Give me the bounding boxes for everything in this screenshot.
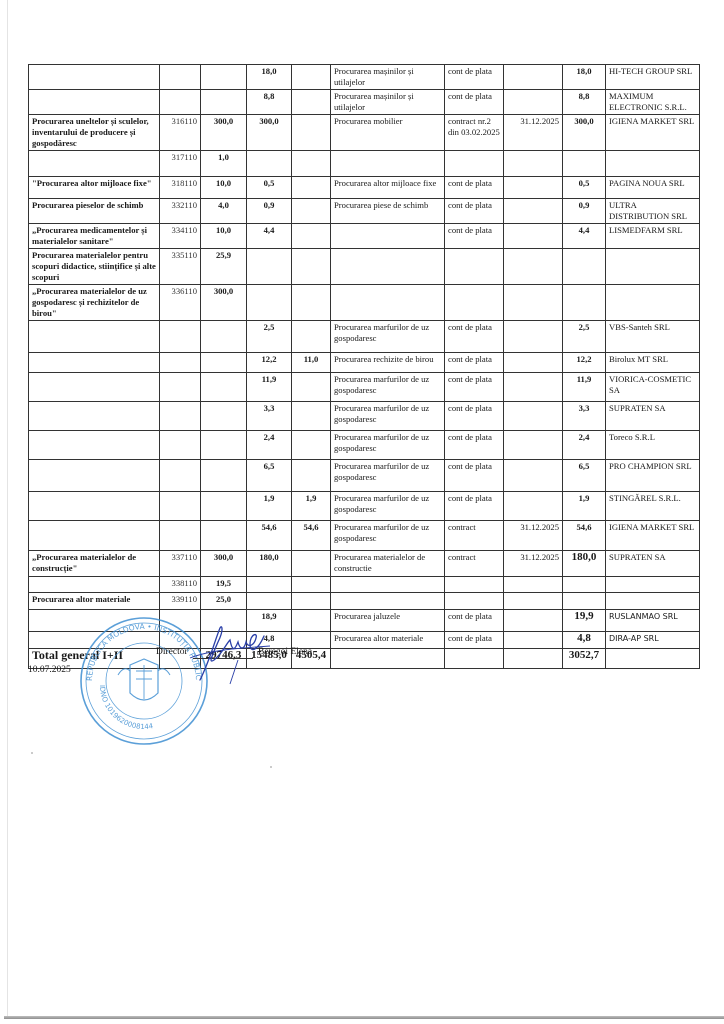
cell-term <box>504 632 563 649</box>
cell-cm <box>247 593 292 610</box>
cell-exec <box>292 151 331 177</box>
cell-doc <box>445 285 504 321</box>
total-empty <box>504 649 563 669</box>
cell-supplier: HI-TECH GROUP SRL <box>606 65 700 90</box>
cell-name <box>29 492 160 521</box>
cell-term <box>504 65 563 90</box>
cell-supplier: VBS-Santeh SRL <box>606 321 700 353</box>
table-row: 18,0Procurarea mașinilor și utilajelorco… <box>29 65 700 90</box>
cell-cm: 18,0 <box>247 65 292 90</box>
cell-exec <box>292 249 331 285</box>
cell-code: 317110 <box>160 151 201 177</box>
table-row: 1,91,9Procurarea marfurilor de uz gospod… <box>29 492 700 521</box>
cell-sum: 6,5 <box>563 460 606 492</box>
cell-plan <box>201 492 247 521</box>
table-row: "Procurarea altor mijloace fixe"31811010… <box>29 177 700 199</box>
cell-term: 31.12.2025 <box>504 521 563 551</box>
cell-term <box>504 610 563 632</box>
table-row: 33811019,5 <box>29 577 700 593</box>
cell-term <box>504 90 563 115</box>
cell-supplier: IGIENA MARKET SRL <box>606 521 700 551</box>
table-row: Procurarea pieselor de schimb3321104,00,… <box>29 199 700 224</box>
cell-exec <box>292 199 331 224</box>
cell-plan <box>201 521 247 551</box>
cell-term <box>504 321 563 353</box>
cell-code: 337110 <box>160 551 201 577</box>
cell-sum: 180,0 <box>563 551 606 577</box>
cell-code: 338110 <box>160 577 201 593</box>
cell-term <box>504 224 563 249</box>
cell-supplier: PRO CHAMPION SRL <box>606 460 700 492</box>
report-date: 10.07.2025 <box>28 665 71 675</box>
cell-sum: 54,6 <box>563 521 606 551</box>
cell-object <box>331 577 445 593</box>
table-row: Procurarea materialelor pentru scopuri d… <box>29 249 700 285</box>
page-edge <box>7 0 8 1018</box>
cell-sum <box>563 577 606 593</box>
cell-supplier: VIORICA-COSMETIC SA <box>606 373 700 402</box>
cell-supplier: DIRA-AP SRL <box>606 632 700 649</box>
cell-cm: 0,5 <box>247 177 292 199</box>
cell-code: 316110 <box>160 115 201 151</box>
cell-name <box>29 90 160 115</box>
cell-object: Procurarea marfurilor de uz gospodaresc <box>331 402 445 431</box>
cell-object: Procurarea marfurilor de uz gospodaresc <box>331 492 445 521</box>
cell-cm: 11,9 <box>247 373 292 402</box>
cell-doc <box>445 151 504 177</box>
cell-term <box>504 402 563 431</box>
cell-exec <box>292 177 331 199</box>
cell-name <box>29 521 160 551</box>
cell-cm: 4,4 <box>247 224 292 249</box>
cell-object <box>331 285 445 321</box>
cell-plan <box>201 460 247 492</box>
cell-plan <box>201 90 247 115</box>
cell-sum: 11,9 <box>563 373 606 402</box>
cell-doc: cont de plata <box>445 321 504 353</box>
cell-supplier <box>606 577 700 593</box>
cell-cm: 6,5 <box>247 460 292 492</box>
cell-doc: cont de plata <box>445 492 504 521</box>
cell-exec <box>292 577 331 593</box>
cell-supplier: LISMEDFARM SRL <box>606 224 700 249</box>
cell-doc: cont de plata <box>445 373 504 402</box>
cell-sum: 4,8 <box>563 632 606 649</box>
cell-plan: 25,9 <box>201 249 247 285</box>
cell-supplier: SUPRATEN SA <box>606 402 700 431</box>
cell-doc <box>445 593 504 610</box>
handwritten-signature <box>180 620 280 690</box>
cell-exec <box>292 460 331 492</box>
cell-code: 335110 <box>160 249 201 285</box>
cell-plan: 300,0 <box>201 551 247 577</box>
table-row: 2,5Procurarea marfurilor de uz gospodare… <box>29 321 700 353</box>
cell-code <box>160 90 201 115</box>
cell-cm: 54,6 <box>247 521 292 551</box>
cell-cm: 8,8 <box>247 90 292 115</box>
table-row: 12,211,0Procurarea rechizite de biroucon… <box>29 353 700 373</box>
cell-plan: 10,0 <box>201 224 247 249</box>
cell-object: Procurarea mașinilor și utilajelor <box>331 90 445 115</box>
cell-exec: 54,6 <box>292 521 331 551</box>
cell-sum: 300,0 <box>563 115 606 151</box>
cell-doc <box>445 577 504 593</box>
cell-cm: 180,0 <box>247 551 292 577</box>
cell-name: „Procurarea materialelor de construcție" <box>29 551 160 577</box>
cell-doc: cont de plata <box>445 90 504 115</box>
cell-name <box>29 460 160 492</box>
cell-code: 318110 <box>160 177 201 199</box>
cell-supplier: Birolux MT SRL <box>606 353 700 373</box>
cell-object <box>331 593 445 610</box>
cell-sum: 2,4 <box>563 431 606 460</box>
cell-object: Procurarea marfurilor de uz gospodaresc <box>331 321 445 353</box>
cell-supplier <box>606 249 700 285</box>
cell-term <box>504 249 563 285</box>
cell-sum: 12,2 <box>563 353 606 373</box>
cell-plan <box>201 431 247 460</box>
cell-object <box>331 151 445 177</box>
cell-doc: cont de plata <box>445 65 504 90</box>
cell-cm: 0,9 <box>247 199 292 224</box>
cell-term <box>504 177 563 199</box>
cell-sum: 18,0 <box>563 65 606 90</box>
cell-doc: cont de plata <box>445 460 504 492</box>
cell-supplier: PAGINA NOUA SRL <box>606 177 700 199</box>
cell-supplier: Toreco S.R.L <box>606 431 700 460</box>
table-row: 6,5Procurarea marfurilor de uz gospodare… <box>29 460 700 492</box>
cell-term <box>504 151 563 177</box>
table-row: 3,3Procurarea marfurilor de uz gospodare… <box>29 402 700 431</box>
cell-name <box>29 151 160 177</box>
cell-name: Procurarea altor materiale <box>29 593 160 610</box>
cell-term <box>504 492 563 521</box>
cell-plan: 300,0 <box>201 285 247 321</box>
page-bottom-edge <box>4 1016 724 1019</box>
cell-cm: 300,0 <box>247 115 292 151</box>
scan-speck <box>31 752 33 754</box>
cell-cm <box>247 151 292 177</box>
cell-plan: 1,0 <box>201 151 247 177</box>
cell-code <box>160 321 201 353</box>
cell-exec <box>292 431 331 460</box>
cell-sum: 0,5 <box>563 177 606 199</box>
cell-sum: 8,8 <box>563 90 606 115</box>
cell-doc: cont de plata <box>445 177 504 199</box>
total-empty <box>445 649 504 669</box>
cell-term <box>504 353 563 373</box>
cell-name: "Procurarea altor mijloace fixe" <box>29 177 160 199</box>
cell-doc: cont de plata <box>445 199 504 224</box>
cell-object: Procurarea materialelor de constructie <box>331 551 445 577</box>
cell-term <box>504 373 563 402</box>
cell-code <box>160 492 201 521</box>
cell-exec <box>292 402 331 431</box>
cell-code: 336110 <box>160 285 201 321</box>
cell-exec <box>292 373 331 402</box>
cell-object: Procurarea altor materiale <box>331 632 445 649</box>
cell-plan: 25,0 <box>201 593 247 610</box>
cell-doc: cont de plata <box>445 402 504 431</box>
cell-name: Procurarea materialelor pentru scopuri d… <box>29 249 160 285</box>
table-row: 2,4Procurarea marfurilor de uz gospodare… <box>29 431 700 460</box>
cell-object: Procurarea marfurilor de uz gospodaresc <box>331 431 445 460</box>
table-row: „Procurarea materialelor de construcție"… <box>29 551 700 577</box>
cell-object: Procurarea marfurilor de uz gospodaresc <box>331 460 445 492</box>
cell-code <box>160 65 201 90</box>
cell-sum <box>563 249 606 285</box>
cell-supplier <box>606 593 700 610</box>
cell-term <box>504 593 563 610</box>
total-sum: 3052,7 <box>563 649 606 669</box>
cell-cm: 2,4 <box>247 431 292 460</box>
cell-name <box>29 321 160 353</box>
cell-exec <box>292 285 331 321</box>
cell-cm <box>247 249 292 285</box>
cell-name <box>29 402 160 431</box>
cell-object: Procurarea marfurilor de uz gospodaresc <box>331 521 445 551</box>
cell-name: „Procurarea materialelor de uz gospodare… <box>29 285 160 321</box>
cell-sum <box>563 285 606 321</box>
cell-doc: cont de plata <box>445 431 504 460</box>
cell-name <box>29 65 160 90</box>
cell-object: Procurarea piese de schimb <box>331 199 445 224</box>
cell-exec: 11,0 <box>292 353 331 373</box>
cell-exec: 1,9 <box>292 492 331 521</box>
cell-sum <box>563 593 606 610</box>
cell-exec <box>292 90 331 115</box>
cell-plan: 10,0 <box>201 177 247 199</box>
cell-exec <box>292 115 331 151</box>
cell-object: Procurarea jaluzele <box>331 610 445 632</box>
cell-exec <box>292 632 331 649</box>
cell-name <box>29 577 160 593</box>
cell-exec <box>292 593 331 610</box>
cell-object <box>331 224 445 249</box>
cell-sum: 1,9 <box>563 492 606 521</box>
cell-code <box>160 431 201 460</box>
cell-plan <box>201 321 247 353</box>
cell-exec <box>292 224 331 249</box>
cell-object <box>331 249 445 285</box>
cell-object: Procurarea rechizite de birou <box>331 353 445 373</box>
cell-sum: 2,5 <box>563 321 606 353</box>
cell-supplier: RUSLANMAO SRL <box>606 610 700 632</box>
cell-code <box>160 402 201 431</box>
cell-plan <box>201 353 247 373</box>
table-row: Procurarea altor materiale33911025,0 <box>29 593 700 610</box>
cell-term: 31.12.2025 <box>504 115 563 151</box>
cell-supplier <box>606 285 700 321</box>
cell-code: 332110 <box>160 199 201 224</box>
scan-speck <box>270 766 272 768</box>
cell-term: 31.12.2025 <box>504 551 563 577</box>
cell-object: Procurarea mașinilor și utilajelor <box>331 65 445 90</box>
cell-cm <box>247 285 292 321</box>
cell-doc: cont de plata <box>445 353 504 373</box>
table-row: 8,8Procurarea mașinilor și utilajelorcon… <box>29 90 700 115</box>
cell-plan: 19,5 <box>201 577 247 593</box>
cell-object: Procurarea marfurilor de uz gospodaresc <box>331 373 445 402</box>
cell-supplier: MAXIMUM ELECTRONIC S.R.L. <box>606 90 700 115</box>
cell-supplier <box>606 151 700 177</box>
stamp-idno-text: IDNO 1019620008144 <box>98 685 154 731</box>
cell-term <box>504 199 563 224</box>
cell-exec <box>292 551 331 577</box>
cell-supplier: STINGĂREL S.R.L. <box>606 492 700 521</box>
svg-text:IDNO 1019620008144: IDNO 1019620008144 <box>98 685 154 731</box>
cell-object: Procurarea mobilier <box>331 115 445 151</box>
cell-supplier: SUPRATEN SA <box>606 551 700 577</box>
cell-sum: 4,4 <box>563 224 606 249</box>
cell-name: Procurarea pieselor de schimb <box>29 199 160 224</box>
cell-cm: 2,5 <box>247 321 292 353</box>
cell-doc <box>445 249 504 285</box>
cell-term <box>504 431 563 460</box>
cell-term <box>504 285 563 321</box>
cell-sum: 3,3 <box>563 402 606 431</box>
cell-code <box>160 460 201 492</box>
cell-exec <box>292 65 331 90</box>
cell-doc: contract nr.2 din 03.02.2025 <box>445 115 504 151</box>
cell-sum: 19,9 <box>563 610 606 632</box>
cell-term <box>504 460 563 492</box>
table-row: 11,9Procurarea marfurilor de uz gospodar… <box>29 373 700 402</box>
table-row: Procurarea uneltelor și sculelor, invent… <box>29 115 700 151</box>
total-empty <box>606 649 700 669</box>
cell-exec <box>292 321 331 353</box>
cell-code <box>160 521 201 551</box>
cell-code <box>160 373 201 402</box>
procurement-table: 18,0Procurarea mașinilor și utilajelorco… <box>28 64 700 669</box>
cell-code <box>160 353 201 373</box>
cell-supplier: ULTRA DISTRIBUTION SRL <box>606 199 700 224</box>
cell-doc: contract <box>445 521 504 551</box>
cell-plan: 300,0 <box>201 115 247 151</box>
cell-name: Procurarea uneltelor și sculelor, invent… <box>29 115 160 151</box>
cell-term <box>504 577 563 593</box>
cell-code: 334110 <box>160 224 201 249</box>
cell-code: 339110 <box>160 593 201 610</box>
cell-sum <box>563 151 606 177</box>
cell-cm: 1,9 <box>247 492 292 521</box>
table-row: 54,654,6Procurarea marfurilor de uz gosp… <box>29 521 700 551</box>
cell-object: Procurarea altor mijloace fixe <box>331 177 445 199</box>
cell-name <box>29 373 160 402</box>
cell-plan <box>201 373 247 402</box>
total-empty <box>331 649 445 669</box>
table-row: 3171101,0 <box>29 151 700 177</box>
cell-cm: 3,3 <box>247 402 292 431</box>
table-row: „Procurarea materialelor de uz gospodare… <box>29 285 700 321</box>
cell-doc: cont de plata <box>445 632 504 649</box>
cell-exec <box>292 610 331 632</box>
cell-doc: cont de plata <box>445 610 504 632</box>
cell-plan <box>201 65 247 90</box>
table-row: „Procurarea medicamentelor și materialel… <box>29 224 700 249</box>
cell-name <box>29 353 160 373</box>
cell-name <box>29 431 160 460</box>
cell-sum: 0,9 <box>563 199 606 224</box>
cell-doc: cont de plata <box>445 224 504 249</box>
cell-plan <box>201 402 247 431</box>
cell-name: „Procurarea medicamentelor și materialel… <box>29 224 160 249</box>
cell-doc: contract <box>445 551 504 577</box>
cell-supplier: IGIENA MARKET SRL <box>606 115 700 151</box>
cell-cm <box>247 577 292 593</box>
cell-plan: 4,0 <box>201 199 247 224</box>
cell-cm: 12,2 <box>247 353 292 373</box>
